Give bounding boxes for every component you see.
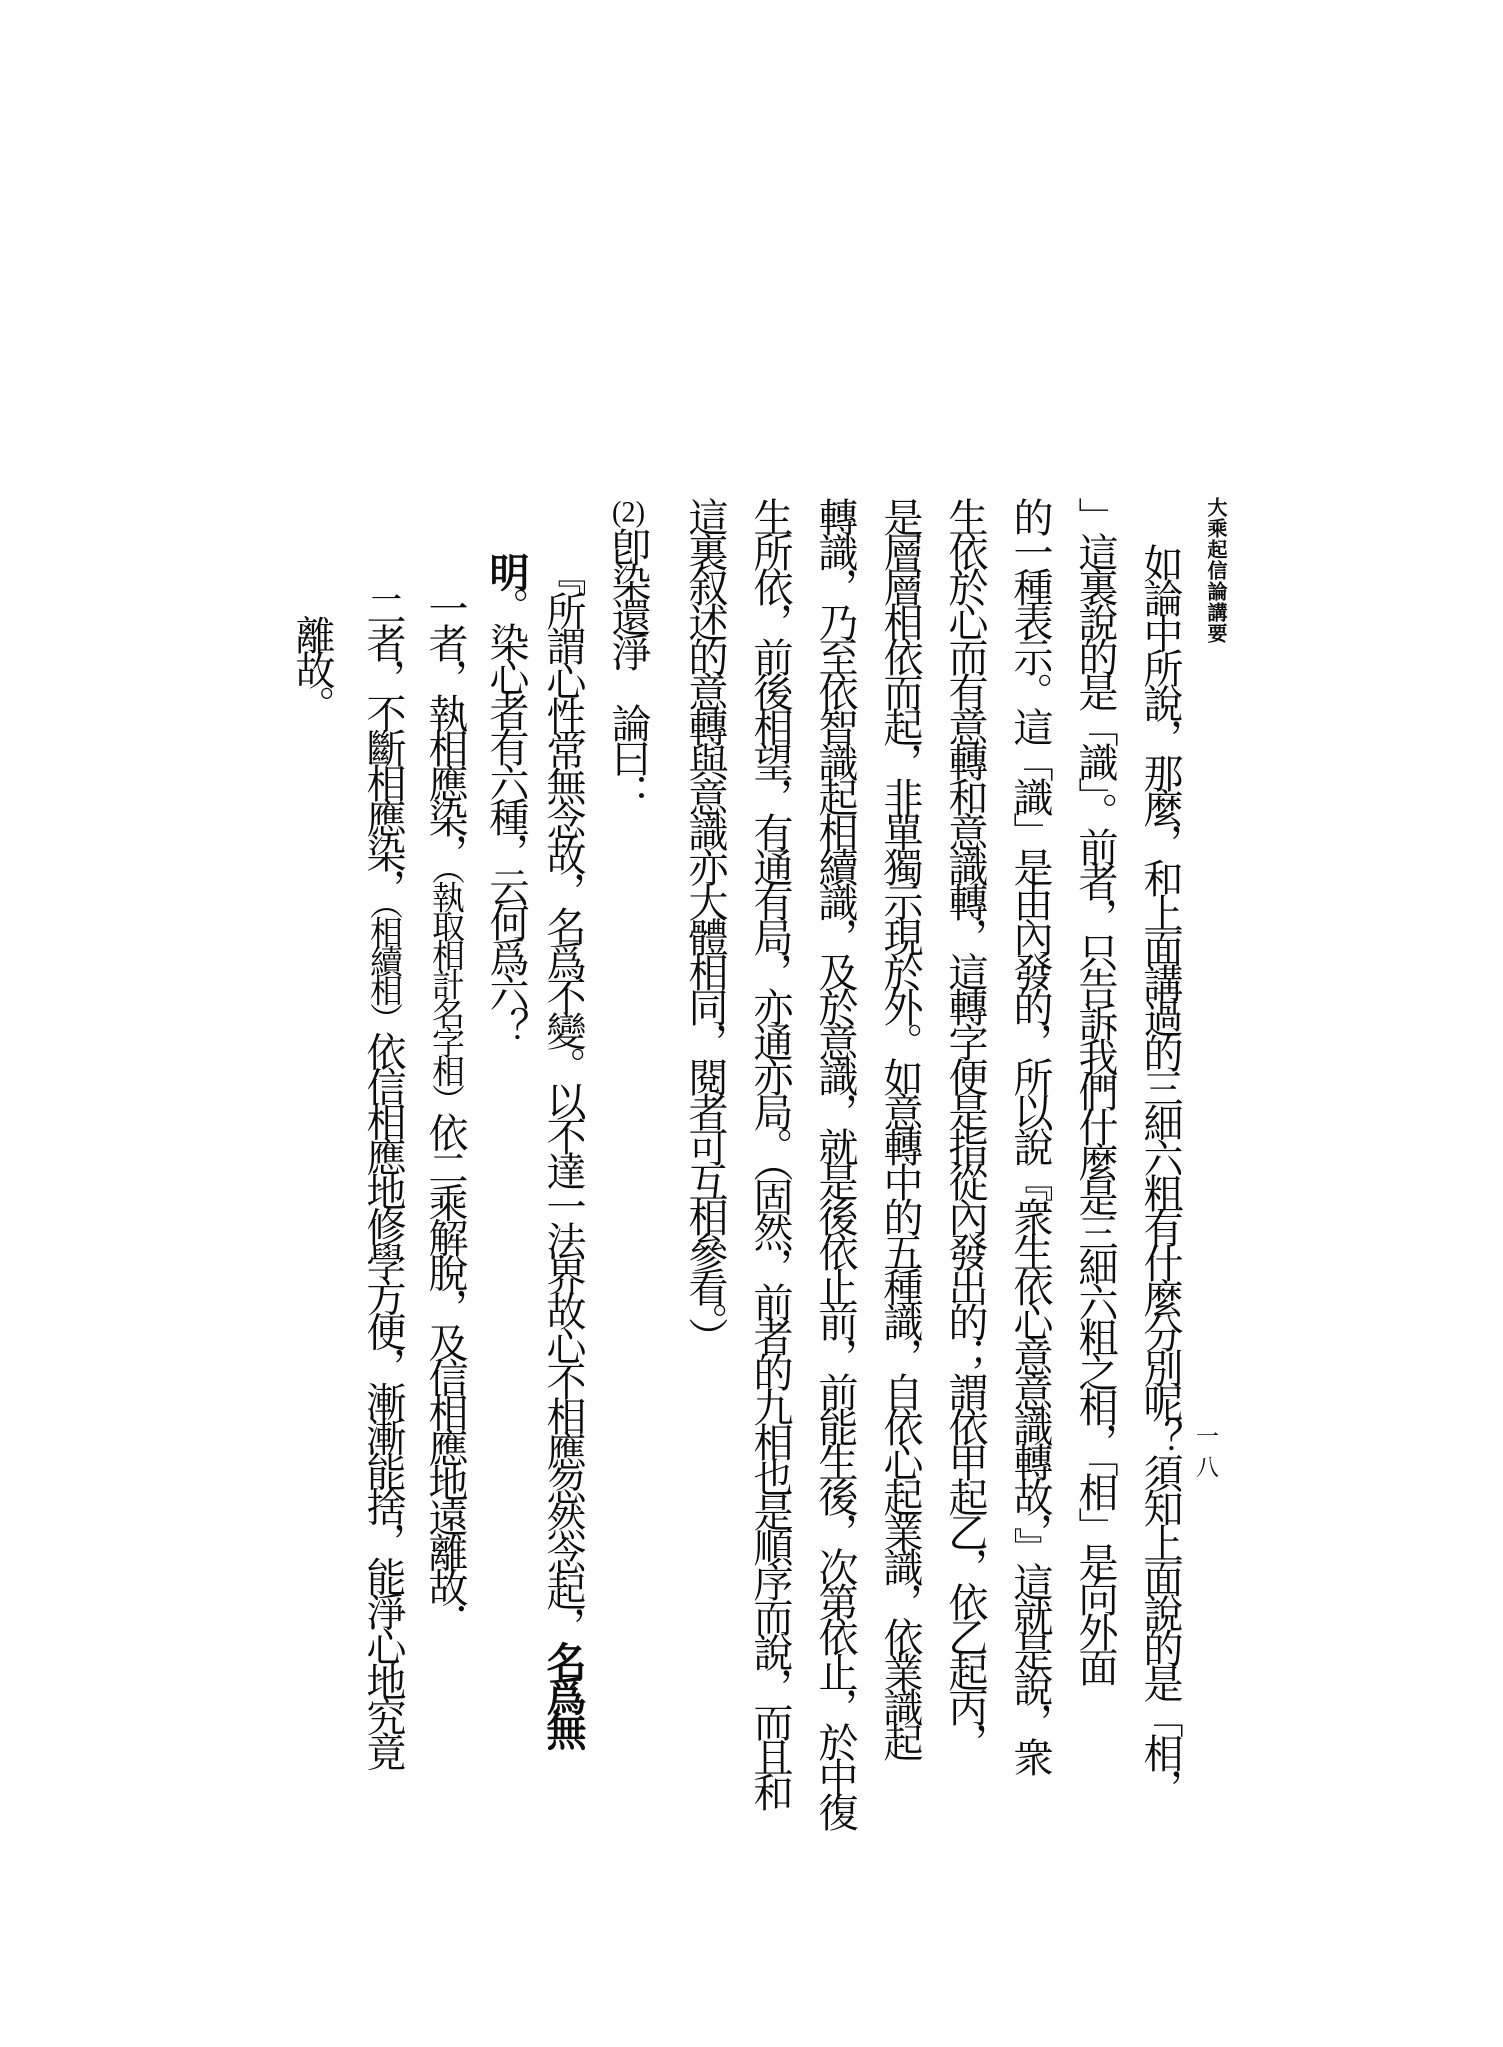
item-2-note: （相續相）: [365, 903, 401, 1032]
item-1-note: （執取相計名字相）: [427, 868, 463, 1113]
text-column-5: 是層層相依而起，非單獨示現於外。如意轉中的五種識，自依心起業識，依業識起: [876, 497, 924, 1857]
section-lunyue: 論曰：: [606, 703, 651, 808]
quote-column-1-emphasis: 名爲無: [541, 1641, 586, 1746]
quote-column-1: 『所謂心性常無念故，名爲不變。以不達一法界故心不相應忽然念起，名爲無: [539, 556, 587, 1916]
item-1-tail: 依二乘解脫，及信相應地遠離故．: [423, 1113, 468, 1638]
section-number: (2): [612, 497, 645, 527]
quote-column-2-text: 。染心者有六種，云何爲六？: [484, 587, 529, 1042]
quote-item-1: 一者，執相應染，（執取相計名字相）依二乘解脫，及信相應地遠離故．: [421, 588, 469, 1948]
text-column-8: 這裏叙述的意轉與意識亦大體相同，閱者可互相參看。）: [681, 497, 729, 1857]
quote-column-2-emphasis: 明: [484, 552, 529, 587]
text-column-1: 如論中所說，那麼，和上面講過的三細六粗有什麼分別呢？須知上面說的是「相，: [1136, 543, 1184, 1903]
item-2-lead: 二者，不斷相應染，: [361, 588, 406, 903]
text-column-4: 生依於心而有意轉和意識轉，這轉字便是指從內發出的；謂依甲起乙，依乙起丙，: [941, 497, 989, 1857]
item-1-lead: 一者，執相應染，: [423, 588, 468, 868]
item-2-tail: 依信相應地修學方便，漸漸能捨，能淨心地究竟: [361, 1032, 406, 1767]
text-column-2: 」這裏說的是「識」。前者，只告訴我們什麼是三細六粗之相，「相」是向外面: [1071, 497, 1119, 1857]
page-number: 一八: [1189, 1424, 1222, 1486]
quote-column-2: 明。染心者有六種，云何爲六？: [482, 552, 530, 1912]
text-column-6: 轉識，乃至依智識起相續識，及於意識，就是後依止前，前能生後，次第依止，於中復: [811, 497, 859, 1857]
section-heading: (2)卽染還淨論曰：: [604, 497, 652, 1857]
text-column-7: 生所依，前後相望，有通有局，亦通亦局。（固然，前者的九相也是順序而說，而且和: [746, 497, 794, 1857]
quote-item-2: 二者，不斷相應染，（相續相）依信相應地修學方便，漸漸能捨，能淨心地究竟: [359, 588, 407, 1948]
quote-item-2-wrap: 離故。: [288, 615, 336, 1975]
scanned-book-page: 大乘起信論講要 一八 如論中所說，那麼，和上面講過的三細六粗有什麼分別呢？須知上…: [0, 0, 1503, 2047]
section-title: 卽染還淨: [606, 527, 651, 667]
text-column-3: 的一種表示。這「識」是由內發的，所以說『衆生依心意意識轉故，』這就是說，衆: [1006, 497, 1054, 1857]
quote-column-1-text: 『所謂心性常無念故，名爲不變。以不達一法界故心不相應忽然念起，: [541, 556, 586, 1641]
running-title: 大乘起信論講要: [1202, 497, 1228, 644]
